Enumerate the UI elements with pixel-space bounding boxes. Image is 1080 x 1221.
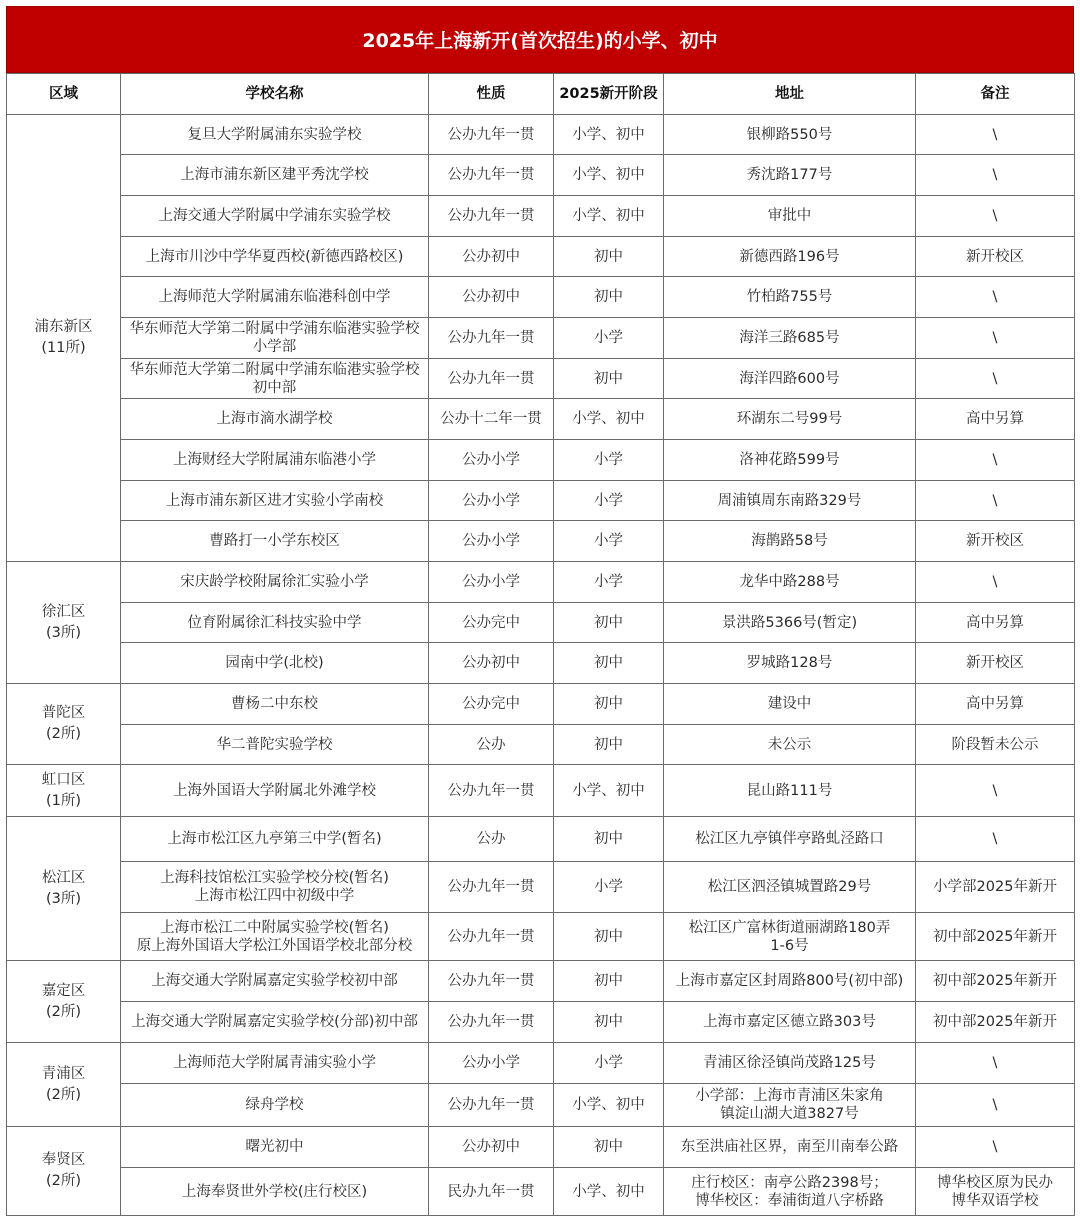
- address: 新德西路196号: [666, 248, 913, 266]
- school-name-cell: 上海外国语大学附属北外滩学校: [121, 765, 429, 817]
- school-name-cell: 上海市浦东新区建平秀沈学校: [121, 155, 429, 196]
- address-cell: 未公示: [664, 725, 916, 765]
- table-row: 上海市浦东新区建平秀沈学校公办九年一贯小学、初中秀沈路177号\: [7, 155, 1075, 196]
- note: \: [918, 1054, 1072, 1072]
- note-cell: 小学部2025年新开: [916, 862, 1075, 913]
- school-name: 上海财经大学附属浦东临港小学: [123, 451, 426, 469]
- table-row: 上海市松江二中附属实验学校(暂名)原上海外国语大学松江外国语学校北部分校公办九年…: [7, 913, 1075, 961]
- school-name-cell: 曹杨二中东校: [121, 684, 429, 725]
- note-cell: 阶段暂未公示: [916, 725, 1075, 765]
- school-name-cell: 上海师范大学附属青浦实验小学: [121, 1043, 429, 1084]
- school-type: 公办九年一贯: [429, 862, 554, 913]
- note: \: [918, 1138, 1072, 1156]
- district-name: 青浦区: [9, 1064, 118, 1085]
- note-cell: \: [916, 155, 1075, 196]
- address-cell: 松江区广富林街道丽湖路180弄1-6号: [664, 913, 916, 961]
- table-row: 上海市滴水湖学校公办十二年一贯小学、初中环湖东二号99号高中另算: [7, 399, 1075, 440]
- address-cell: 松江区泗泾镇城置路29号: [664, 862, 916, 913]
- open-stage: 初中: [554, 1127, 664, 1168]
- school-type: 公办小学: [429, 562, 554, 603]
- note-cell: \: [916, 196, 1075, 237]
- note: 博华校区原为民办: [918, 1174, 1072, 1192]
- school-name: 上海交通大学附属嘉定实验学校(分部)初中部: [123, 1013, 426, 1031]
- school-name: 上海市松江二中附属实验学校(暂名): [123, 919, 426, 937]
- school-type: 公办九年一贯: [429, 765, 554, 817]
- address: 上海市嘉定区德立路303号: [666, 1013, 913, 1031]
- school-name: 上海交通大学附属中学浦东实验学校: [123, 207, 426, 225]
- address: 龙华中路288号: [666, 573, 913, 591]
- address-cell: 龙华中路288号: [664, 562, 916, 603]
- note: \: [918, 329, 1072, 347]
- district-count: (2所): [9, 1171, 118, 1192]
- open-stage: 初中: [554, 913, 664, 961]
- address: 博华校区：奉浦街道八字桥路: [666, 1192, 913, 1210]
- address: 上海市嘉定区封周路800号(初中部): [666, 972, 913, 990]
- address-cell: 昆山路111号: [664, 765, 916, 817]
- address-cell: 小学部：上海市青浦区朱家角镇淀山湖大道3827号: [664, 1084, 916, 1127]
- header-row: 区域 学校名称 性质 2025新开阶段 地址 备注: [7, 74, 1075, 115]
- school-name-cell: 上海市松江区九亭第三中学(暂名): [121, 817, 429, 862]
- note-cell: 新开校区: [916, 643, 1075, 684]
- open-stage: 小学: [554, 440, 664, 481]
- district-count: (1所): [9, 791, 118, 812]
- address: 罗城路128号: [666, 654, 913, 672]
- table-row: 绿舟学校公办九年一贯小学、初中小学部：上海市青浦区朱家角镇淀山湖大道3827号\: [7, 1084, 1075, 1127]
- school-type: 公办九年一贯: [429, 1002, 554, 1043]
- district-count: (2所): [9, 1085, 118, 1106]
- address-cell: 洛神花路599号: [664, 440, 916, 481]
- school-type: 公办小学: [429, 1043, 554, 1084]
- school-name: 上海师范大学附属青浦实验小学: [123, 1054, 426, 1072]
- address: 昆山路111号: [666, 782, 913, 800]
- school-name-cell: 上海科技馆松江实验学校分校(暂名)上海市松江四中初级中学: [121, 862, 429, 913]
- district-cell: 虹口区(1所): [7, 765, 121, 817]
- address-cell: 上海市嘉定区封周路800号(初中部): [664, 961, 916, 1002]
- note: 高中另算: [918, 695, 1072, 713]
- school-type: 公办小学: [429, 521, 554, 562]
- note-cell: \: [916, 318, 1075, 359]
- school-type: 公办初中: [429, 237, 554, 277]
- table-row: 上海市浦东新区进才实验小学南校公办小学小学周浦镇周东南路329号\: [7, 481, 1075, 521]
- address: 海鹊路58号: [666, 532, 913, 550]
- table-row: 位育附属徐汇科技实验中学公办完中初中景洪路5366号(暂定)高中另算: [7, 603, 1075, 643]
- note-cell: 初中部2025年新开: [916, 1002, 1075, 1043]
- address-cell: 环湖东二号99号: [664, 399, 916, 440]
- address: 环湖东二号99号: [666, 410, 913, 428]
- school-name-cell: 园南中学(北校): [121, 643, 429, 684]
- district-cell: 普陀区(2所): [7, 684, 121, 765]
- school-name-cell: 绿舟学校: [121, 1084, 429, 1127]
- school-list-sheet: 2025年上海新开(首次招生)的小学、初中 区域 学校名称 性质 2025新开阶…: [6, 6, 1074, 1216]
- school-name: 绿舟学校: [123, 1096, 426, 1114]
- district-count: (2所): [9, 1002, 118, 1023]
- note: 高中另算: [918, 614, 1072, 632]
- note: 新开校区: [918, 532, 1072, 550]
- table-title: 2025年上海新开(首次招生)的小学、初中: [6, 6, 1074, 73]
- note-cell: \: [916, 817, 1075, 862]
- note: 初中部2025年新开: [918, 1013, 1072, 1031]
- open-stage: 小学、初中: [554, 399, 664, 440]
- note: \: [918, 451, 1072, 469]
- header-type: 性质: [429, 74, 554, 115]
- school-name: 华二普陀实验学校: [123, 736, 426, 754]
- table-row: 上海奉贤世外学校(庄行校区)民办九年一贯小学、初中庄行校区：南亭公路2398号；…: [7, 1168, 1075, 1216]
- school-name-cell: 上海交通大学附属嘉定实验学校(分部)初中部: [121, 1002, 429, 1043]
- open-stage: 初中: [554, 643, 664, 684]
- school-name: 上海市川沙中学华夏西校(新德西路校区): [123, 248, 426, 266]
- address: 秀沈路177号: [666, 166, 913, 184]
- school-type: 公办完中: [429, 603, 554, 643]
- address: 海洋三路685号: [666, 329, 913, 347]
- table-body: 浦东新区(11所)复旦大学附属浦东实验学校公办九年一贯小学、初中银柳路550号\…: [7, 115, 1075, 1216]
- table-row: 上海市川沙中学华夏西校(新德西路校区)公办初中初中新德西路196号新开校区: [7, 237, 1075, 277]
- school-name: 上海科技馆松江实验学校分校(暂名): [123, 869, 426, 887]
- address-cell: 银柳路550号: [664, 115, 916, 155]
- note-cell: 初中部2025年新开: [916, 913, 1075, 961]
- address: 青浦区徐泾镇尚茂路125号: [666, 1054, 913, 1072]
- header-district: 区域: [7, 74, 121, 115]
- header-school-name: 学校名称: [121, 74, 429, 115]
- note: \: [918, 573, 1072, 591]
- open-stage: 小学: [554, 521, 664, 562]
- address: 镇淀山湖大道3827号: [666, 1105, 913, 1123]
- school-name-cell: 上海市松江二中附属实验学校(暂名)原上海外国语大学松江外国语学校北部分校: [121, 913, 429, 961]
- district-name: 奉贤区: [9, 1150, 118, 1171]
- table-row: 虹口区(1所)上海外国语大学附属北外滩学校公办九年一贯小学、初中昆山路111号\: [7, 765, 1075, 817]
- table-row: 上海师范大学附属浦东临港科创中学公办初中初中竹柏路755号\: [7, 277, 1075, 318]
- table-row: 曹路打一小学东校区公办小学小学海鹊路58号新开校区: [7, 521, 1075, 562]
- district-name: 浦东新区: [9, 317, 118, 338]
- school-name: 华东师范大学第二附属中学浦东临港实验学校: [123, 320, 426, 338]
- school-type: 公办初中: [429, 1127, 554, 1168]
- school-name: 华东师范大学第二附属中学浦东临港实验学校: [123, 361, 426, 379]
- address: 松江区九亭镇伴亭路虬泾路口: [666, 830, 913, 848]
- address-cell: 建设中: [664, 684, 916, 725]
- address-cell: 东至洪庙社区界，南至川南奉公路: [664, 1127, 916, 1168]
- school-name: 上海市浦东新区建平秀沈学校: [123, 166, 426, 184]
- district-name: 松江区: [9, 868, 118, 889]
- note: 新开校区: [918, 248, 1072, 266]
- header-address: 地址: [664, 74, 916, 115]
- school-name-cell: 上海市浦东新区进才实验小学南校: [121, 481, 429, 521]
- header-stage: 2025新开阶段: [554, 74, 664, 115]
- note: 高中另算: [918, 410, 1072, 428]
- school-name-cell: 上海市滴水湖学校: [121, 399, 429, 440]
- note: 初中部2025年新开: [918, 972, 1072, 990]
- table-row: 青浦区(2所)上海师范大学附属青浦实验小学公办小学小学青浦区徐泾镇尚茂路125号…: [7, 1043, 1075, 1084]
- table-row: 徐汇区(3所)宋庆龄学校附属徐汇实验小学公办小学小学龙华中路288号\: [7, 562, 1075, 603]
- district-count: (3所): [9, 889, 118, 910]
- school-type: 公办小学: [429, 481, 554, 521]
- open-stage: 初中: [554, 603, 664, 643]
- school-name: 初中部: [123, 379, 426, 397]
- school-name: 上海市浦东新区进才实验小学南校: [123, 492, 426, 510]
- note: 博华双语学校: [918, 1192, 1072, 1210]
- open-stage: 初中: [554, 277, 664, 318]
- school-name: 上海奉贤世外学校(庄行校区): [123, 1183, 426, 1201]
- note: \: [918, 126, 1072, 144]
- table-row: 松江区(3所)上海市松江区九亭第三中学(暂名)公办初中松江区九亭镇伴亭路虬泾路口…: [7, 817, 1075, 862]
- note-cell: \: [916, 1043, 1075, 1084]
- open-stage: 初中: [554, 817, 664, 862]
- note-cell: 博华校区原为民办博华双语学校: [916, 1168, 1075, 1216]
- address: 东至洪庙社区界，南至川南奉公路: [666, 1138, 913, 1156]
- address-cell: 海鹊路58号: [664, 521, 916, 562]
- school-type: 公办小学: [429, 440, 554, 481]
- note: \: [918, 830, 1072, 848]
- district-count: (3所): [9, 623, 118, 644]
- district-cell: 奉贤区(2所): [7, 1127, 121, 1216]
- note-cell: \: [916, 1084, 1075, 1127]
- address-cell: 罗城路128号: [664, 643, 916, 684]
- school-name-cell: 华东师范大学第二附属中学浦东临港实验学校初中部: [121, 359, 429, 399]
- school-name-cell: 位育附属徐汇科技实验中学: [121, 603, 429, 643]
- school-name-cell: 上海财经大学附属浦东临港小学: [121, 440, 429, 481]
- school-type: 民办九年一贯: [429, 1168, 554, 1216]
- school-type: 公办九年一贯: [429, 1084, 554, 1127]
- school-name: 小学部: [123, 338, 426, 356]
- district-name: 徐汇区: [9, 602, 118, 623]
- address-cell: 青浦区徐泾镇尚茂路125号: [664, 1043, 916, 1084]
- open-stage: 小学: [554, 481, 664, 521]
- open-stage: 小学、初中: [554, 1084, 664, 1127]
- address-cell: 海洋三路685号: [664, 318, 916, 359]
- open-stage: 初中: [554, 1002, 664, 1043]
- district-cell: 徐汇区(3所): [7, 562, 121, 684]
- table-row: 奉贤区(2所)曙光初中公办初中初中东至洪庙社区界，南至川南奉公路\: [7, 1127, 1075, 1168]
- school-name-cell: 上海市川沙中学华夏西校(新德西路校区): [121, 237, 429, 277]
- note-cell: \: [916, 481, 1075, 521]
- note-cell: \: [916, 359, 1075, 399]
- open-stage: 初中: [554, 359, 664, 399]
- note-cell: \: [916, 562, 1075, 603]
- school-name-cell: 曙光初中: [121, 1127, 429, 1168]
- address: 小学部：上海市青浦区朱家角: [666, 1087, 913, 1105]
- table-row: 浦东新区(11所)复旦大学附属浦东实验学校公办九年一贯小学、初中银柳路550号\: [7, 115, 1075, 155]
- note: \: [918, 207, 1072, 225]
- open-stage: 小学: [554, 562, 664, 603]
- open-stage: 初中: [554, 684, 664, 725]
- school-type: 公办九年一贯: [429, 318, 554, 359]
- note-cell: 新开校区: [916, 237, 1075, 277]
- school-name: 曹路打一小学东校区: [123, 532, 426, 550]
- address: 建设中: [666, 695, 913, 713]
- address: 1-6号: [666, 937, 913, 955]
- school-name-cell: 上海师范大学附属浦东临港科创中学: [121, 277, 429, 318]
- school-name-cell: 复旦大学附属浦东实验学校: [121, 115, 429, 155]
- note-cell: 高中另算: [916, 399, 1075, 440]
- school-name-cell: 华二普陀实验学校: [121, 725, 429, 765]
- open-stage: 小学: [554, 1043, 664, 1084]
- note: 小学部2025年新开: [918, 878, 1072, 896]
- school-name-cell: 宋庆龄学校附属徐汇实验小学: [121, 562, 429, 603]
- table-row: 上海财经大学附属浦东临港小学公办小学小学洛神花路599号\: [7, 440, 1075, 481]
- school-name: 上海外国语大学附属北外滩学校: [123, 782, 426, 800]
- district-name: 嘉定区: [9, 981, 118, 1002]
- school-type: 公办初中: [429, 277, 554, 318]
- note: 阶段暂未公示: [918, 736, 1072, 754]
- note-cell: \: [916, 765, 1075, 817]
- table-row: 上海交通大学附属嘉定实验学校(分部)初中部公办九年一贯初中上海市嘉定区德立路30…: [7, 1002, 1075, 1043]
- school-type: 公办九年一贯: [429, 359, 554, 399]
- note-cell: \: [916, 440, 1075, 481]
- address-cell: 新德西路196号: [664, 237, 916, 277]
- note-cell: \: [916, 115, 1075, 155]
- school-type: 公办十二年一贯: [429, 399, 554, 440]
- school-name-cell: 上海交通大学附属嘉定实验学校初中部: [121, 961, 429, 1002]
- district-cell: 嘉定区(2所): [7, 961, 121, 1043]
- note: \: [918, 492, 1072, 510]
- school-name: 原上海外国语大学松江外国语学校北部分校: [123, 937, 426, 955]
- table-row: 嘉定区(2所)上海交通大学附属嘉定实验学校初中部公办九年一贯初中上海市嘉定区封周…: [7, 961, 1075, 1002]
- school-type: 公办九年一贯: [429, 961, 554, 1002]
- address-cell: 审批中: [664, 196, 916, 237]
- schools-table: 区域 学校名称 性质 2025新开阶段 地址 备注 浦东新区(11所)复旦大学附…: [6, 73, 1075, 1216]
- address: 周浦镇周东南路329号: [666, 492, 913, 510]
- school-name-cell: 上海交通大学附属中学浦东实验学校: [121, 196, 429, 237]
- table-row: 上海交通大学附属中学浦东实验学校公办九年一贯小学、初中审批中\: [7, 196, 1075, 237]
- school-name: 上海师范大学附属浦东临港科创中学: [123, 288, 426, 306]
- school-name: 上海市松江四中初级中学: [123, 887, 426, 905]
- school-name: 复旦大学附属浦东实验学校: [123, 126, 426, 144]
- open-stage: 小学、初中: [554, 1168, 664, 1216]
- note-cell: 高中另算: [916, 603, 1075, 643]
- note-cell: 新开校区: [916, 521, 1075, 562]
- open-stage: 小学、初中: [554, 196, 664, 237]
- district-name: 普陀区: [9, 703, 118, 724]
- table-row: 华二普陀实验学校公办初中未公示阶段暂未公示: [7, 725, 1075, 765]
- open-stage: 小学、初中: [554, 155, 664, 196]
- note: \: [918, 782, 1072, 800]
- address: 景洪路5366号(暂定): [666, 614, 913, 632]
- school-type: 公办九年一贯: [429, 913, 554, 961]
- table-row: 普陀区(2所)曹杨二中东校公办完中初中建设中高中另算: [7, 684, 1075, 725]
- table-row: 上海科技馆松江实验学校分校(暂名)上海市松江四中初级中学公办九年一贯小学松江区泗…: [7, 862, 1075, 913]
- table-row: 华东师范大学第二附属中学浦东临港实验学校初中部公办九年一贯初中海洋四路600号\: [7, 359, 1075, 399]
- note-cell: \: [916, 1127, 1075, 1168]
- note: \: [918, 166, 1072, 184]
- open-stage: 初中: [554, 237, 664, 277]
- open-stage: 小学、初中: [554, 765, 664, 817]
- table-row: 园南中学(北校)公办初中初中罗城路128号新开校区: [7, 643, 1075, 684]
- school-name-cell: 曹路打一小学东校区: [121, 521, 429, 562]
- address: 银柳路550号: [666, 126, 913, 144]
- school-type: 公办完中: [429, 684, 554, 725]
- table-row: 华东师范大学第二附属中学浦东临港实验学校小学部公办九年一贯小学海洋三路685号\: [7, 318, 1075, 359]
- school-type: 公办: [429, 725, 554, 765]
- district-cell: 青浦区(2所): [7, 1043, 121, 1127]
- note-cell: 初中部2025年新开: [916, 961, 1075, 1002]
- school-type: 公办九年一贯: [429, 155, 554, 196]
- school-name: 上海市松江区九亭第三中学(暂名): [123, 830, 426, 848]
- school-name: 上海市滴水湖学校: [123, 410, 426, 428]
- note: \: [918, 1096, 1072, 1114]
- district-count: (11所): [9, 338, 118, 359]
- address: 洛神花路599号: [666, 451, 913, 469]
- school-type: 公办初中: [429, 643, 554, 684]
- school-type: 公办九年一贯: [429, 196, 554, 237]
- district-cell: 松江区(3所): [7, 817, 121, 961]
- school-name: 位育附属徐汇科技实验中学: [123, 614, 426, 632]
- note: \: [918, 288, 1072, 306]
- school-name: 园南中学(北校): [123, 654, 426, 672]
- address: 审批中: [666, 207, 913, 225]
- open-stage: 小学、初中: [554, 115, 664, 155]
- address-cell: 上海市嘉定区德立路303号: [664, 1002, 916, 1043]
- address-cell: 竹柏路755号: [664, 277, 916, 318]
- note: \: [918, 370, 1072, 388]
- note: 初中部2025年新开: [918, 928, 1072, 946]
- open-stage: 小学: [554, 318, 664, 359]
- address-cell: 松江区九亭镇伴亭路虬泾路口: [664, 817, 916, 862]
- note: 新开校区: [918, 654, 1072, 672]
- address: 松江区广富林街道丽湖路180弄: [666, 919, 913, 937]
- school-name: 曙光初中: [123, 1138, 426, 1156]
- address-cell: 庄行校区：南亭公路2398号；博华校区：奉浦街道八字桥路: [664, 1168, 916, 1216]
- open-stage: 初中: [554, 725, 664, 765]
- school-type: 公办九年一贯: [429, 115, 554, 155]
- district-name: 虹口区: [9, 770, 118, 791]
- address-cell: 秀沈路177号: [664, 155, 916, 196]
- district-count: (2所): [9, 724, 118, 745]
- note-cell: 高中另算: [916, 684, 1075, 725]
- school-name: 上海交通大学附属嘉定实验学校初中部: [123, 972, 426, 990]
- school-type: 公办: [429, 817, 554, 862]
- district-cell: 浦东新区(11所): [7, 115, 121, 562]
- open-stage: 小学: [554, 862, 664, 913]
- address-cell: 景洪路5366号(暂定): [664, 603, 916, 643]
- open-stage: 初中: [554, 961, 664, 1002]
- address: 竹柏路755号: [666, 288, 913, 306]
- address-cell: 周浦镇周东南路329号: [664, 481, 916, 521]
- school-name: 宋庆龄学校附属徐汇实验小学: [123, 573, 426, 591]
- note-cell: \: [916, 277, 1075, 318]
- address: 未公示: [666, 736, 913, 754]
- header-note: 备注: [916, 74, 1075, 115]
- address: 松江区泗泾镇城置路29号: [666, 878, 913, 896]
- school-name: 曹杨二中东校: [123, 695, 426, 713]
- address: 庄行校区：南亭公路2398号；: [666, 1174, 913, 1192]
- school-name-cell: 华东师范大学第二附属中学浦东临港实验学校小学部: [121, 318, 429, 359]
- address: 海洋四路600号: [666, 370, 913, 388]
- address-cell: 海洋四路600号: [664, 359, 916, 399]
- school-name-cell: 上海奉贤世外学校(庄行校区): [121, 1168, 429, 1216]
